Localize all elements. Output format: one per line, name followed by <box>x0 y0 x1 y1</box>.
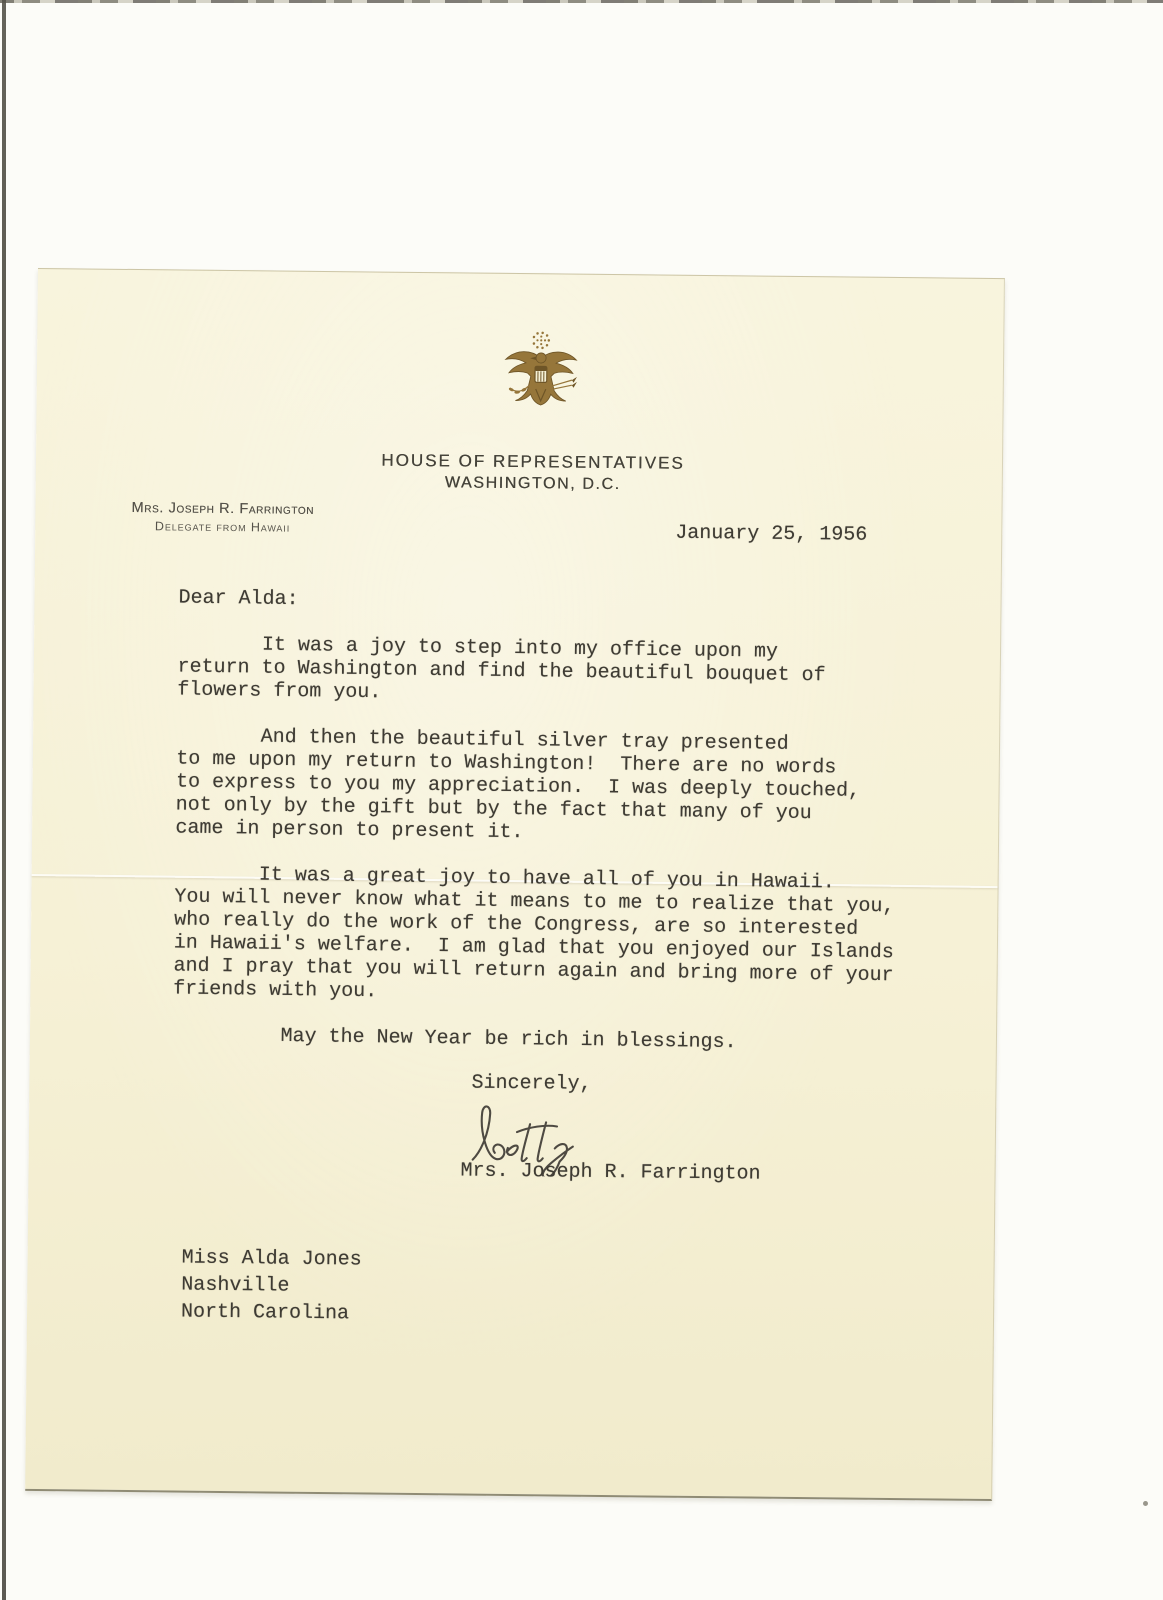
sender-title: Delegate from Hawaii <box>131 519 314 535</box>
letter-paragraph: It was a joy to step into my office upon… <box>177 632 898 711</box>
recipient-address: Miss Alda Jones Nashville North Carolina <box>181 1245 362 1328</box>
salutation: Dear Alda: <box>178 586 898 619</box>
address-line: North Carolina <box>181 1299 361 1328</box>
sender-name: Mrs. Joseph R. Farrington <box>131 500 314 518</box>
signer-name: Mrs. Joseph R. Farrington <box>460 1159 760 1185</box>
letter-body: Dear Alda: It was a joy to step into my … <box>172 586 898 1056</box>
scanner-edge-top <box>0 0 1163 3</box>
us-eagle-seal-icon <box>498 330 583 423</box>
letter-paper: HOUSE OF REPRESENTATIVES WASHINGTON, D.C… <box>25 268 1005 1501</box>
complimentary-close: Sincerely, <box>471 1072 591 1096</box>
letter-paragraph: May the New Year be rich in blessings. <box>172 1023 892 1056</box>
letter-paragraph: And then the beautiful silver tray prese… <box>175 724 897 849</box>
scan-speck <box>1143 1501 1148 1506</box>
letter-date: January 25, 1956 <box>675 522 867 547</box>
sender-block: Mrs. Joseph R. Farrington Delegate from … <box>131 500 314 535</box>
scanner-edge-left <box>2 0 6 1600</box>
letter-paragraph: It was a great joy to have all of you in… <box>173 862 895 1010</box>
address-line: Miss Alda Jones <box>181 1245 361 1274</box>
address-line: Nashville <box>181 1272 361 1301</box>
